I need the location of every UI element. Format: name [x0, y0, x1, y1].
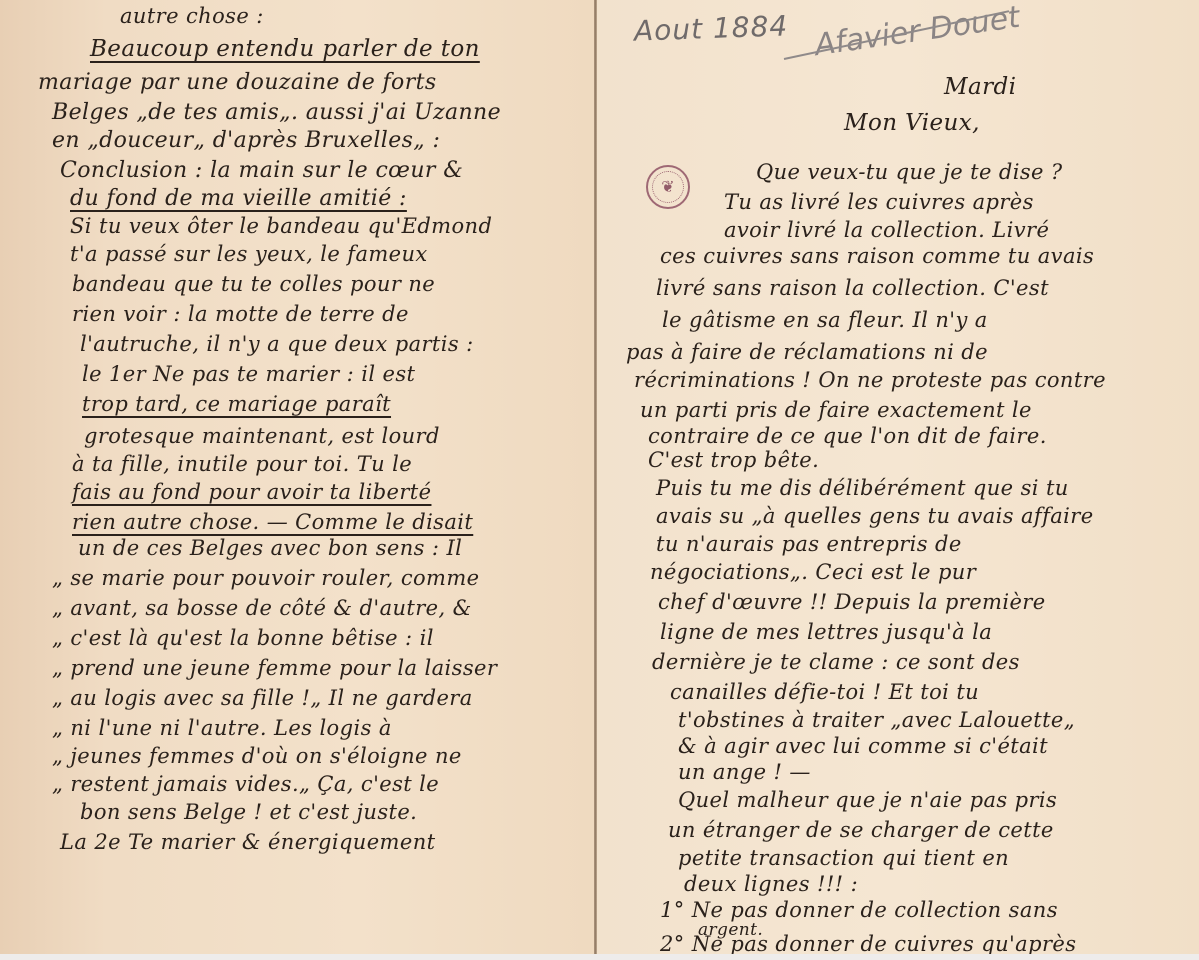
left-line-28: bon sens Belge ! et c'est juste.: [80, 800, 417, 824]
left-line-3: mariage par une douzaine de forts: [38, 70, 437, 95]
right-line-19: canailles défie-toi ! Et toi tu: [670, 680, 979, 704]
left-line-1: autre chose :: [120, 4, 264, 28]
left-line-25: „ ni l'une ni l'autre. Les logis à: [52, 716, 392, 740]
right-line-2: Tu as livré les cuivres après: [724, 190, 1034, 214]
pencil-date-annotation: Aout 1884: [633, 9, 788, 47]
left-line-10: bandeau que tu te colles pour ne: [72, 272, 435, 296]
right-line-18: dernière je te clame : ce sont des: [652, 650, 1020, 674]
left-line-13: le 1er Ne pas te marier : il est: [82, 362, 415, 386]
right-line-4: ces cuivres sans raison comme tu avais: [660, 244, 1094, 268]
left-line-6: Conclusion : la main sur le cœur &: [60, 158, 463, 183]
right-line-3: avoir livré la collection. Livré: [724, 218, 1049, 242]
right-line-23: Quel malheur que je n'aie pas pris: [678, 788, 1057, 812]
left-line-5: en „douceur„ d'après Bruxelles„ :: [52, 128, 440, 153]
right-line-13: avais su „à quelles gens tu avais affair…: [656, 504, 1094, 528]
right-line-9: un parti pris de faire exactement le: [640, 398, 1032, 422]
right-line-22: un ange ! —: [678, 760, 811, 784]
left-line-11: rien voir : la motte de terre de: [72, 302, 409, 326]
left-line-24: „ au logis avec sa fille !„ Il ne garder…: [52, 686, 473, 710]
right-line-16: chef d'œuvre !! Depuis la première: [658, 590, 1046, 614]
right-line-10: contraire de ce que l'on dit de faire.: [648, 424, 1047, 448]
right-page: Aout 1884 Afavier Douet ❦ Mardi Mon Vieu…: [594, 0, 1199, 954]
right-line-17: ligne de mes lettres jusqu'à la: [660, 620, 992, 644]
left-line-17: fais au fond pour avoir ta liberté: [72, 480, 431, 504]
right-line-21: & à agir avec lui comme si c'était: [678, 734, 1048, 758]
right-line-27: 1° Ne pas donner de collection sans: [660, 898, 1058, 922]
left-line-22: „ c'est là qu'est la bonne bêtise : il: [52, 626, 434, 650]
left-line-21: „ avant, sa bosse de côté & d'autre, &: [52, 596, 472, 620]
right-line-5: livré sans raison la collection. C'est: [656, 276, 1049, 300]
right-line-24: un étranger de se charger de cette: [668, 818, 1054, 842]
letter-sheet: autre chose : Beaucoup entendu parler de…: [0, 0, 1199, 954]
left-line-12: l'autruche, il n'y a que deux partis :: [80, 332, 474, 356]
right-line-26: deux lignes !!! :: [684, 872, 858, 896]
page-fold-divider: [594, 0, 597, 954]
left-line-27: „ restent jamais vides.„ Ça, c'est le: [52, 772, 439, 796]
left-line-20: „ se marie pour pouvoir rouler, comme: [52, 566, 480, 590]
left-line-14: trop tard, ce mariage paraît: [82, 392, 391, 416]
left-line-7: du fond de ma vieille amitié :: [70, 186, 407, 211]
right-line-6: le gâtisme en sa fleur. Il n'y a: [662, 308, 988, 332]
left-line-26: „ jeunes femmes d'où on s'éloigne ne: [52, 744, 462, 768]
left-line-16: à ta fille, inutile pour toi. Tu le: [72, 452, 412, 476]
left-line-4: Belges „de tes amis„. aussi j'ai Uzanne: [52, 100, 501, 125]
left-line-15: grotesque maintenant, est lourd: [84, 424, 440, 448]
letter-salutation: Mon Vieux,: [844, 110, 980, 136]
right-line-29: 2° Ne pas donner de cuivres qu'après: [660, 932, 1076, 954]
right-line-25: petite transaction qui tient en: [678, 846, 1009, 870]
left-line-23: „ prend une jeune femme pour la laisser: [52, 656, 497, 680]
right-line-7: pas à faire de réclamations ni de: [626, 340, 988, 364]
left-line-19: un de ces Belges avec bon sens : Il: [78, 536, 462, 560]
left-line-18: rien autre chose. — Comme le disait: [72, 510, 473, 534]
right-line-15: négociations„. Ceci est le pur: [650, 560, 976, 584]
left-line-8: Si tu veux ôter le bandeau qu'Edmond: [70, 214, 492, 238]
letter-day: Mardi: [944, 74, 1016, 100]
library-stamp-icon: ❦: [646, 165, 690, 209]
right-line-1: Que veux-tu que je te dise ?: [756, 160, 1063, 184]
right-line-8: récriminations ! On ne proteste pas cont…: [634, 368, 1106, 392]
left-line-2: Beaucoup entendu parler de ton: [90, 36, 480, 62]
right-line-20: t'obstines à traiter „avec Lalouette„: [678, 708, 1075, 732]
left-line-9: t'a passé sur les yeux, le fameux: [70, 242, 428, 266]
right-line-11: C'est trop bête.: [648, 448, 819, 472]
left-page: autre chose : Beaucoup entendu parler de…: [0, 0, 594, 954]
right-line-14: tu n'aurais pas entrepris de: [656, 532, 962, 556]
right-line-12: Puis tu me dis délibérément que si tu: [656, 476, 1069, 500]
